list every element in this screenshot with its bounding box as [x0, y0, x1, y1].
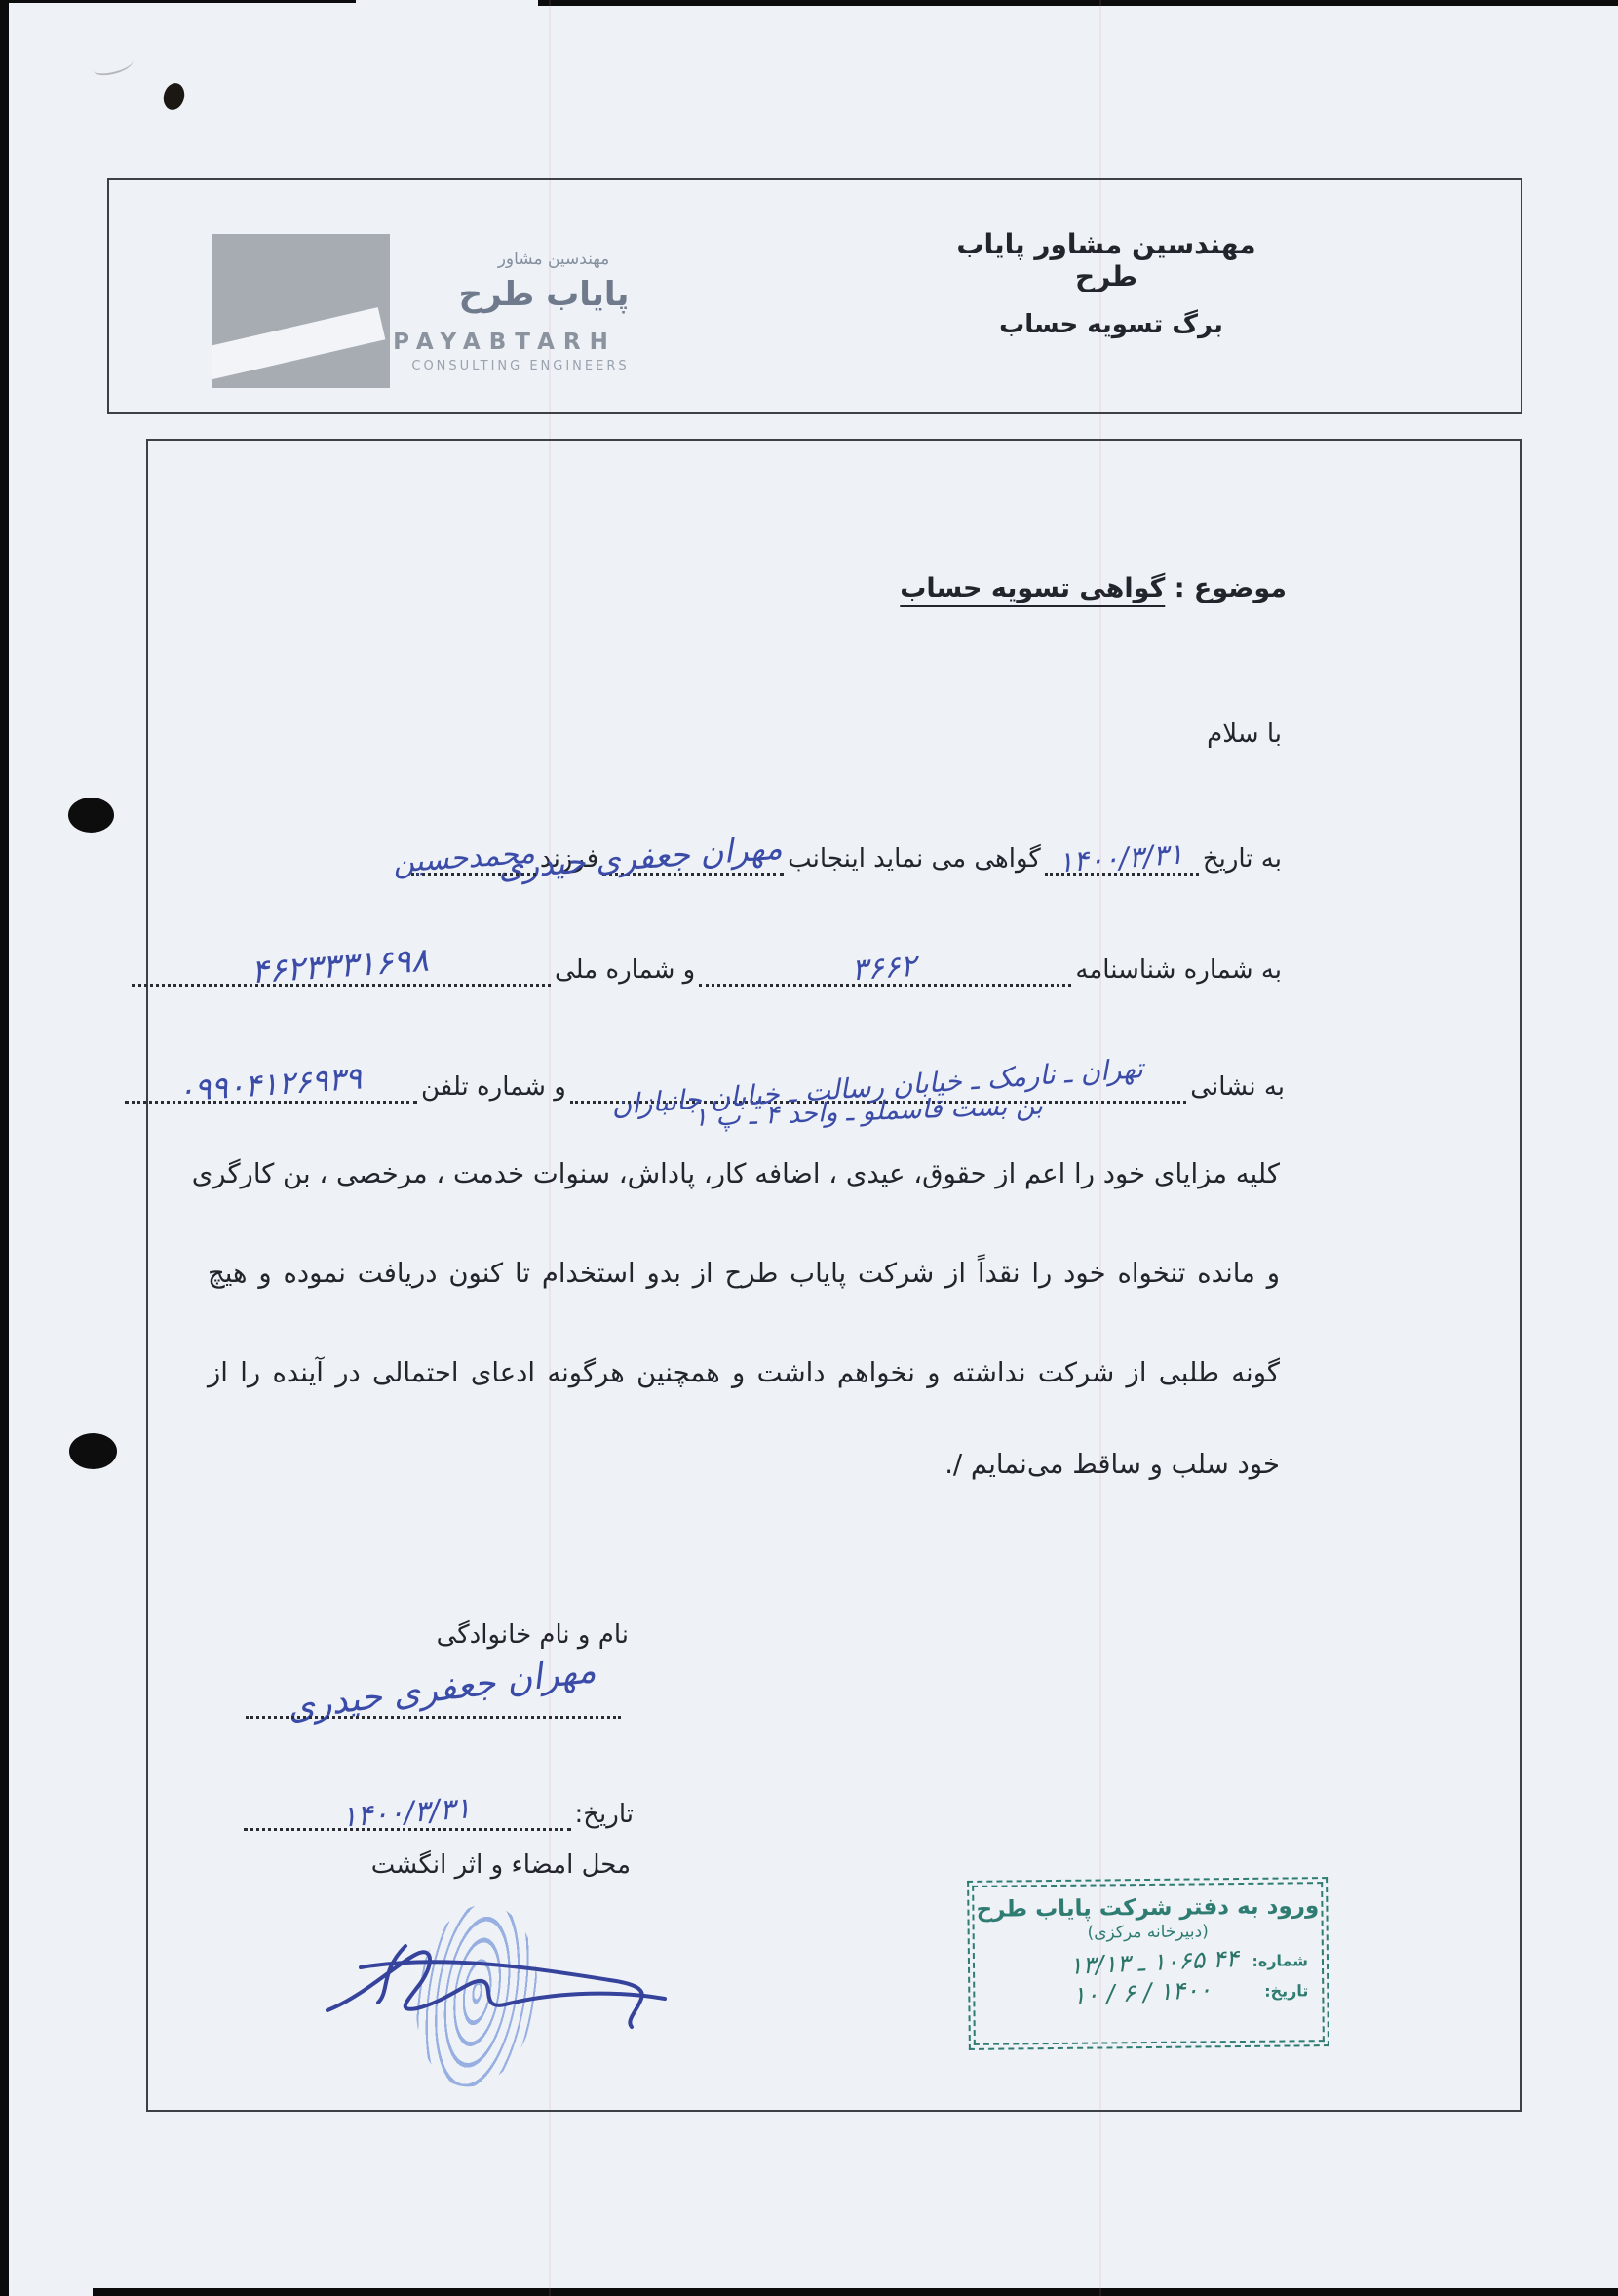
birth-certificate-label: به شماره شناسنامه: [1075, 955, 1282, 987]
stamp-handwritten-date: ۱۴۰۰ / ۶ / ۱۰: [1072, 1975, 1213, 2009]
stamp-number-row: شماره: ۴۴ ۱۰۶۵ ـ ۱۳/۱۳: [975, 1946, 1322, 1978]
hole-punch-mark: [69, 1433, 117, 1469]
signature-place-label: محل امضاء و اثر انگشت: [246, 1850, 631, 1880]
form-line-date-name: به تاریخ ۱۴۰۰/۳/۳۱ گواهی می نماید اینجان…: [278, 813, 1282, 876]
scan-edge-top-left: [0, 0, 356, 3]
stamp-title: ورود به دفتر شرکت پایاب طرح: [974, 1893, 1321, 1923]
body-text-line: گونه طلبی از شرکت نداشته و نخواهم داشت و…: [208, 1357, 1280, 1388]
date-label: به تاریخ: [1203, 844, 1282, 876]
logo-tagline-fa: مهندسین مشاور: [456, 250, 651, 269]
ink-blot: [161, 81, 187, 112]
birth-certificate-field: ۳۶۶۲: [699, 954, 1071, 987]
form-line-id-numbers: به شماره شناسنامه ۳۶۶۲ و شماره ملی ۴۶۲۳۳…: [132, 924, 1282, 987]
signature-date-label: تاریخ:: [575, 1800, 635, 1831]
hole-punch-mark: [68, 798, 114, 833]
body-text-line: کلیه مزایای خود را اعم از حقوق، عیدی ، ا…: [208, 1158, 1280, 1189]
scan-edge-bottom: [93, 2288, 1618, 2296]
body-text-line: خود سلب و ساقط می‌نمایم /.: [208, 1449, 1280, 1480]
scan-edge-left: [0, 0, 9, 2296]
logo-company-en: PAYABTARH: [359, 330, 651, 355]
phone-label: و شماره تلفن: [421, 1072, 566, 1104]
stamp-date-row: تاریخ: ۱۴۰۰ / ۶ / ۱۰: [975, 1976, 1322, 2008]
handwritten-father-name: محمدحسین: [409, 837, 536, 879]
company-title: مهندسین مشاور پایاب طرح: [926, 228, 1287, 292]
handwritten-name: مهران جعفری حیدری: [600, 829, 784, 879]
scanned-settlement-document: مهندسین مشاور پایاب طرح PAYABTARH CONSUL…: [0, 0, 1618, 2296]
certify-text: گواهی می نماید اینجانب: [788, 844, 1041, 876]
signatory-name-dotline: [246, 1716, 621, 1719]
form-title: برگ تسویه حساب: [984, 310, 1238, 339]
signatory-name-label: نام و نام خانوادگی: [375, 1620, 629, 1650]
father-field: محمدحسین: [411, 843, 536, 876]
office-entry-stamp: ورود به دفتر شرکت پایاب طرح (دبیرخانه مر…: [972, 1882, 1325, 2045]
scan-edge-top-right: [538, 0, 1618, 6]
stamp-handwritten-number: ۴۴ ۱۰۶۵ ـ ۱۳/۱۳: [1068, 1944, 1239, 1980]
date-field: ۱۴۰۰/۳/۳۱: [1045, 843, 1199, 876]
handwritten-date: ۱۴۰۰/۳/۳۱: [1043, 837, 1199, 880]
logo-company-fa: پایاب طرح: [437, 275, 651, 314]
subject-line: موضوع : گواهی تسویه حساب: [936, 573, 1287, 603]
handwritten-signature: [322, 1932, 673, 2035]
body-text-line: و مانده تنخواه خود را نقداً از شرکت پایا…: [208, 1258, 1280, 1289]
subject-label: موضوع :: [1175, 573, 1287, 603]
signature-date-field: ۱۴۰۰/۳/۳۱: [244, 1799, 571, 1831]
stamp-subtitle: (دبیرخانه مرکزی): [975, 1921, 1322, 1944]
logo-tagline-en: CONSULTING ENGINEERS: [390, 359, 651, 373]
payabtarh-logo: [212, 234, 390, 388]
signature-date-line: تاریخ: ۱۴۰۰/۳/۳۱: [244, 1776, 634, 1831]
phone-field: ۰۹۹۰۴۱۲۶۹۳۹: [125, 1071, 417, 1104]
pen-scribble: [92, 53, 135, 77]
greeting: با سلام: [1150, 720, 1282, 749]
stamp-date-label: تاریخ:: [1264, 1981, 1308, 2000]
form-line-address-phone: به نشانی تهران ـ نارمک ـ خیابان رسالت ـ …: [125, 1041, 1285, 1104]
name-field: مهران جعفری حیدری: [602, 843, 784, 876]
stamp-number-label: شماره:: [1252, 1951, 1308, 1970]
national-id-field: ۴۶۲۳۳۳۱۶۹۸: [132, 954, 551, 987]
subject-value: گواهی تسویه حساب: [900, 573, 1165, 603]
address-label: به نشانی: [1190, 1072, 1285, 1104]
national-id-label: و شماره ملی: [555, 955, 695, 987]
